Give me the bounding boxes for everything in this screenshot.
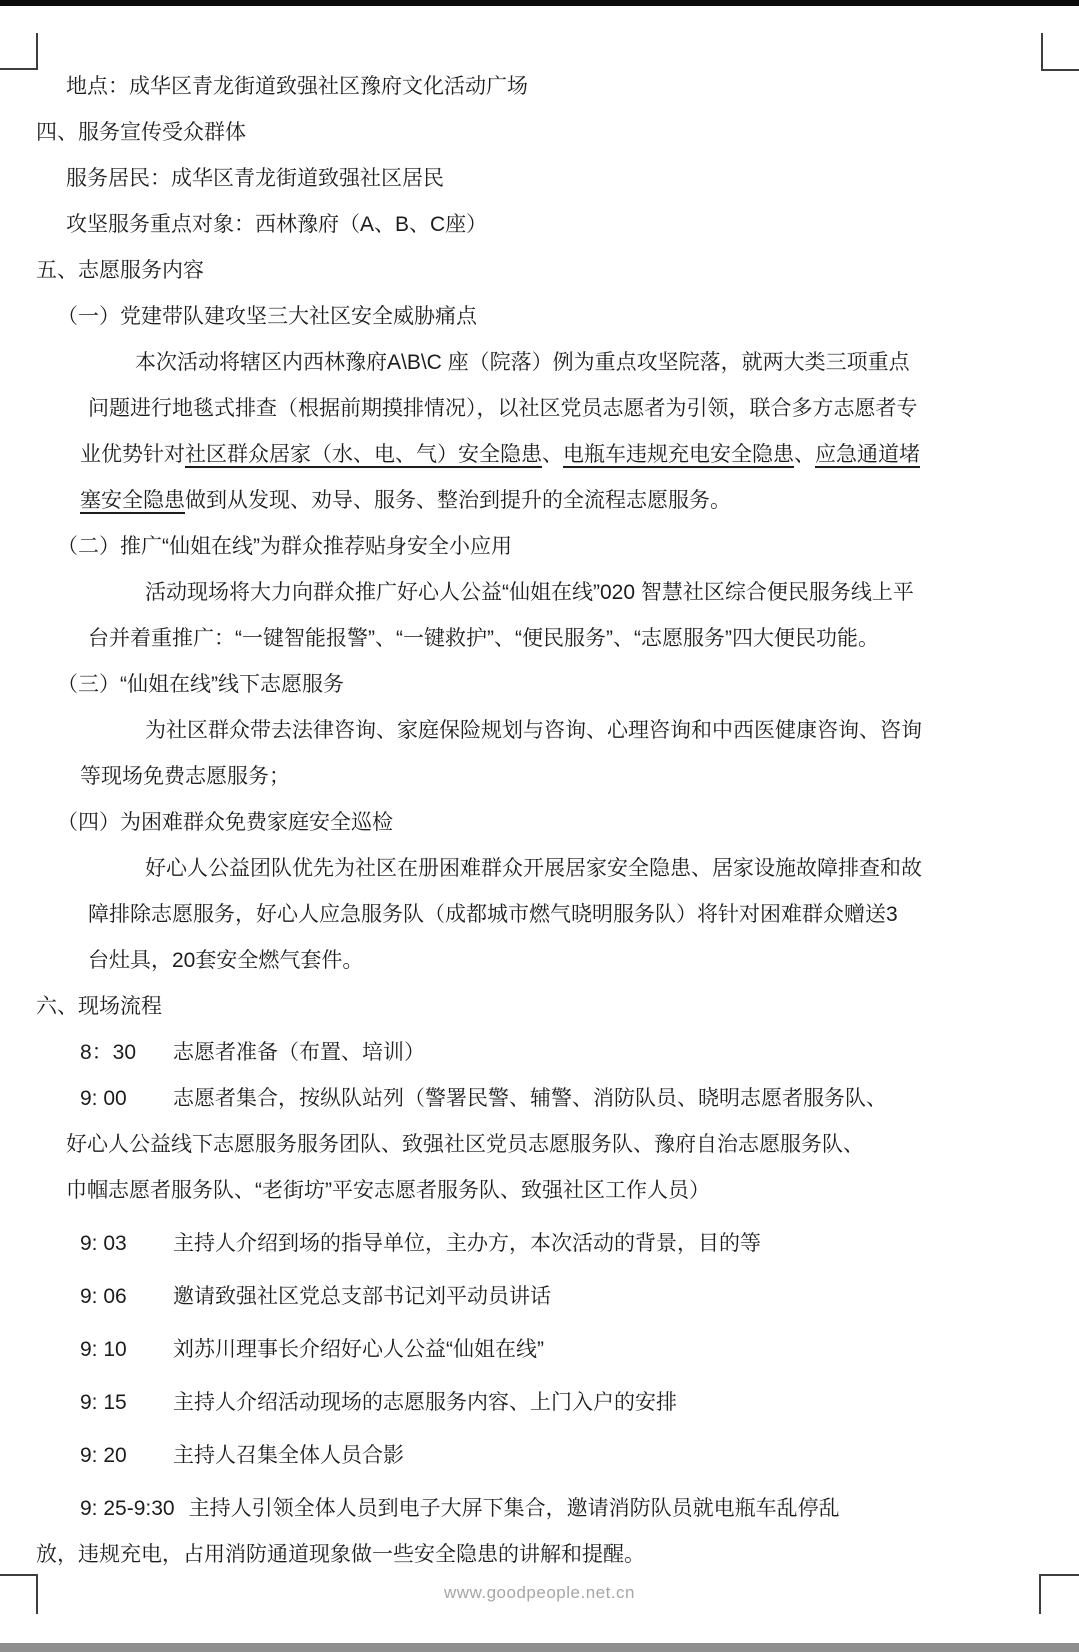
item-2-line-1: 活动现场将大力向群众推广好心人公益“仙姐在线”020 智慧社区综合便民服务线上平 <box>0 570 1079 616</box>
item-1-underline-hazard-3-cont: 塞安全隐患 <box>80 489 185 512</box>
item-4-line-1: 好心人公益团队优先为社区在册困难群众开展居家安全隐患、居家设施故障排查和故 <box>0 846 1079 892</box>
item-4-line-3: 台灶具，20套安全燃气套件。 <box>0 938 1079 984</box>
section-4-residents-line: 服务居民：成华区青龙街道致强社区居民 <box>0 156 1079 202</box>
section-4-heading: 四、服务宣传受众群体 <box>0 110 1079 156</box>
schedule-text-906: 邀请致强社区党总支部书记刘平动员讲话 <box>173 1285 551 1308</box>
schedule-text-910: 刘苏川理事长介绍好心人公益“仙姐在线” <box>173 1338 544 1361</box>
item-1-line-1: 本次活动将辖区内西林豫府A\B\C 座（院落）例为重点攻坚院落，就两大类三项重点 <box>0 340 1079 386</box>
schedule-entry-920: 9: 20主持人召集全体人员合影 <box>0 1433 1079 1479</box>
schedule-time-903: 9: 03 <box>80 1221 173 1267</box>
item-1-separator-1: 、 <box>542 443 563 466</box>
item-2-heading: （二）推广“仙姐在线”为群众推荐贴身安全小应用 <box>0 524 1079 570</box>
item-3-line-2: 等现场免费志愿服务； <box>0 754 1079 800</box>
schedule-entry-903: 9: 03主持人介绍到场的指导单位，主办方，本次活动的背景，目的等 <box>0 1221 1079 1267</box>
schedule-entry-925: 9: 25-9:30主持人引领全体人员到电子大屏下集合，邀请消防队员就电瓶车乱停… <box>0 1486 1079 1532</box>
schedule-text-903: 主持人介绍到场的指导单位，主办方，本次活动的背景，目的等 <box>173 1232 761 1255</box>
schedule-time-830: 8：30 <box>80 1030 173 1076</box>
item-1-line-4: 塞安全隐患做到从发现、劝导、服务、整治到提升的全流程志愿服务。 <box>0 478 1079 524</box>
item-1-heading: （一）党建带队建攻坚三大社区安全威胁痛点 <box>0 294 1079 340</box>
schedule-text-900: 志愿者集合，按纵队站列（警署民警、辅警、消防队员、晓明志愿者服务队、 <box>173 1087 887 1110</box>
schedule-time-906: 9: 06 <box>80 1274 173 1320</box>
schedule-entry-830: 8：30志愿者准备（布置、培训） <box>0 1030 1079 1076</box>
schedule-entry-900: 9: 00志愿者集合，按纵队站列（警署民警、辅警、消防队员、晓明志愿者服务队、 <box>0 1076 1079 1122</box>
item-1-line-2: 问题进行地毯式排查（根据前期摸排情况），以社区党员志愿者为引领，联合多方志愿者专 <box>0 386 1079 432</box>
schedule-time-910: 9: 10 <box>80 1327 173 1373</box>
item-4-heading: （四）为困难群众免费家庭安全巡检 <box>0 800 1079 846</box>
schedule-entry-910: 9: 10刘苏川理事长介绍好心人公益“仙姐在线” <box>0 1327 1079 1373</box>
schedule-text-830: 志愿者准备（布置、培训） <box>173 1041 425 1064</box>
item-1-line-4-plain: 做到从发现、劝导、服务、整治到提升的全流程志愿服务。 <box>185 489 731 512</box>
item-1-separator-2: 、 <box>794 443 815 466</box>
schedule-entry-915: 9: 15主持人介绍活动现场的志愿服务内容、上门入户的安排 <box>0 1380 1079 1426</box>
watermark-url: www.goodpeople.net.cn <box>0 1583 1079 1603</box>
item-1-line-3-plain: 业优势针对 <box>80 443 185 466</box>
item-4-line-2: 障排除志愿服务，好心人应急服务队（成都城市燃气晓明服务队）将针对困难群众赠送3 <box>0 892 1079 938</box>
item-1-line-3: 业优势针对社区群众居家（水、电、气）安全隐患、电瓶车违规充电安全隐患、应急通道堵 <box>0 432 1079 478</box>
schedule-entry-900-cont-1: 好心人公益线下志愿服务服务团队、致强社区党员志愿服务队、豫府自治志愿服务队、 <box>0 1122 1079 1168</box>
bottom-edge-bar <box>0 1643 1079 1652</box>
schedule-time-925: 9: 25-9:30 <box>80 1486 175 1532</box>
schedule-time-900: 9: 00 <box>80 1076 173 1122</box>
item-3-line-1: 为社区群众带去法律咨询、家庭保险规划与咨询、心理咨询和中西医健康咨询、咨询 <box>0 708 1079 754</box>
section-4-target-line: 攻坚服务重点对象：西林豫府（A、B、C座） <box>0 202 1079 248</box>
section-5-heading: 五、志愿服务内容 <box>0 248 1079 294</box>
item-1-underline-hazard-2: 电瓶车违规充电安全隐患 <box>563 443 794 466</box>
schedule-text-925: 主持人引领全体人员到电子大屏下集合，邀请消防队员就电瓶车乱停乱 <box>189 1497 840 1520</box>
section-6-heading: 六、现场流程 <box>0 984 1079 1030</box>
location-line: 地点：成华区青龙街道致强社区豫府文化活动广场 <box>0 64 1079 110</box>
document-body: 地点：成华区青龙街道致强社区豫府文化活动广场 四、服务宣传受众群体 服务居民：成… <box>0 64 1079 1578</box>
schedule-entry-925-cont-1: 放，违规充电，占用消防通道现象做一些安全隐患的讲解和提醒。 <box>0 1532 1079 1578</box>
document-page: { "doc": { "location": "地点：成华区青龙街道致强社区豫府… <box>0 0 1079 1652</box>
item-1-underline-hazard-3: 应急通道堵 <box>815 443 920 466</box>
schedule-time-920: 9: 20 <box>80 1433 173 1479</box>
schedule-time-915: 9: 15 <box>80 1380 173 1426</box>
item-2-line-2: 台并着重推广：“一键智能报警”、“一键救护”、“便民服务”、“志愿服务”四大便民… <box>0 616 1079 662</box>
schedule-entry-900-cont-2: 巾帼志愿者服务队、“老街坊”平安志愿者服务队、致强社区工作人员） <box>0 1168 1079 1214</box>
schedule-entry-906: 9: 06邀请致强社区党总支部书记刘平动员讲话 <box>0 1274 1079 1320</box>
item-3-heading: （三）“仙姐在线”线下志愿服务 <box>0 662 1079 708</box>
item-1-underline-hazard-1: 社区群众居家（水、电、气）安全隐患 <box>185 443 542 466</box>
top-edge-bar <box>0 0 1079 6</box>
schedule-text-915: 主持人介绍活动现场的志愿服务内容、上门入户的安排 <box>173 1391 677 1414</box>
schedule-text-920: 主持人召集全体人员合影 <box>173 1444 404 1467</box>
